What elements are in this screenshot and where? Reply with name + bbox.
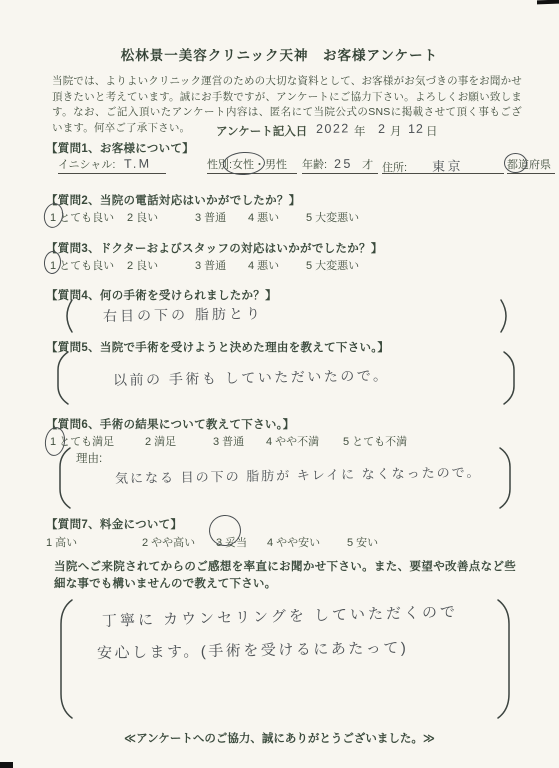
q6-heading: 【質問6、手術の結果について教えて下さい。】	[46, 416, 295, 432]
q7-option-5: 5 安い	[347, 534, 378, 550]
q6-option-5: 5 とても不満	[343, 433, 407, 449]
q1-age-value: 25	[334, 157, 353, 171]
scan-artifact-bottom-left	[0, 762, 13, 768]
q7-heading: 【質問7、料金について】	[46, 516, 182, 532]
q1-initial-value: T.M	[124, 157, 152, 171]
q1-address-field: 住所: 東京	[382, 156, 504, 174]
q3-heading: 【質問3、ドクターおよびスタッフの対応はいかがでしたか？】	[46, 240, 383, 256]
date-day-value: 12	[408, 122, 424, 136]
q1-address-label: 住所:	[382, 162, 407, 174]
q1-initial-field: イニシャル: T.M	[58, 156, 166, 174]
q4-answer-text: 右目の下の 脂肪とり	[103, 303, 263, 326]
q6-reason-bracket-left	[57, 446, 73, 510]
q4-heading: 【質問4、何の手術を受けられましたか？】	[46, 287, 277, 303]
q6-reason-bracket-right	[497, 446, 513, 510]
q7-option-1: 1 高い	[46, 534, 77, 550]
q5-answer-bracket-right	[501, 350, 517, 406]
feedback-line2: 安心します。(手術を受けるにあたって)	[97, 637, 409, 663]
q5-answer-text: 以前の 手術も していただいたので。	[113, 365, 390, 390]
date-year-unit: 年	[354, 123, 366, 139]
q4-answer-bracket-left	[60, 298, 74, 334]
scan-artifact-top-right	[537, 0, 559, 4]
survey-document: 松林景一美容クリニック天神 お客様アンケート 当院では、よりよいクリニック運営の…	[0, 0, 559, 768]
q1-address-value: 東京	[432, 155, 463, 175]
q1-age-field: 年齢: 25 才	[302, 156, 378, 174]
q1-initial-label: イニシャル:	[58, 159, 115, 171]
q2-option-3: 3 普通	[195, 209, 226, 225]
q3-option-2: 2 良い	[127, 257, 158, 273]
q3-option-3: 3 普通	[195, 257, 226, 273]
q5-heading: 【質問5、当院で手術を受けようと決めた理由を教えて下さい。】	[46, 339, 389, 355]
q7-option-4: 4 やや安い	[267, 534, 320, 550]
date-month-unit: 月	[390, 123, 402, 139]
q6-option-3: 3 普通	[213, 433, 244, 449]
q1-age-unit: 才	[362, 159, 373, 171]
feedback-bracket-left	[58, 598, 75, 720]
q6-reason-label: 理由:	[76, 450, 102, 466]
q5-answer-bracket-left	[55, 350, 71, 406]
q6-option-2: 2 満足	[145, 433, 176, 449]
q6-option-4: 4 やや不満	[266, 433, 319, 449]
footer-thanks: ≪アンケートへのご協力、誠にありがとうございました。≫	[0, 730, 559, 746]
q2-option-5: 5 大変悪い	[306, 209, 359, 225]
q6-reason-text: 気になる 目の下の 脂肪が キレイに なくなったので。	[115, 462, 482, 487]
feedback-prompt: 当院へご来院されてからのご感想を率直にお聞かせ下さい。また、要望や改善点など些細…	[54, 559, 516, 593]
q3-option-5: 5 大変悪い	[306, 257, 359, 273]
date-month-value: 2	[378, 122, 388, 136]
q1-prefecture-selected-circle	[504, 153, 527, 173]
q2-option-2: 2 良い	[127, 209, 158, 225]
page-title: 松林景一美容クリニック天神 お客様アンケート	[0, 44, 559, 64]
feedback-line1: 丁寧に カウンセリングを していただくので	[102, 601, 458, 631]
q1-age-label: 年齢:	[302, 159, 327, 171]
q2-option-4: 4 悪い	[248, 209, 279, 225]
feedback-bracket-right	[495, 598, 512, 720]
q7-option-2: 2 やや高い	[142, 534, 195, 550]
q1-heading: 【質問1、お客様について】	[46, 140, 194, 156]
q4-answer-bracket-right	[499, 298, 513, 334]
date-day-unit: 日	[426, 123, 438, 139]
date-year-value: 2022	[316, 121, 350, 136]
q3-option-4: 4 悪い	[248, 257, 279, 273]
date-label: アンケート記入日	[216, 123, 307, 139]
q2-heading: 【質問2、当院の電話対応はいかがでしたか？】	[46, 192, 301, 208]
